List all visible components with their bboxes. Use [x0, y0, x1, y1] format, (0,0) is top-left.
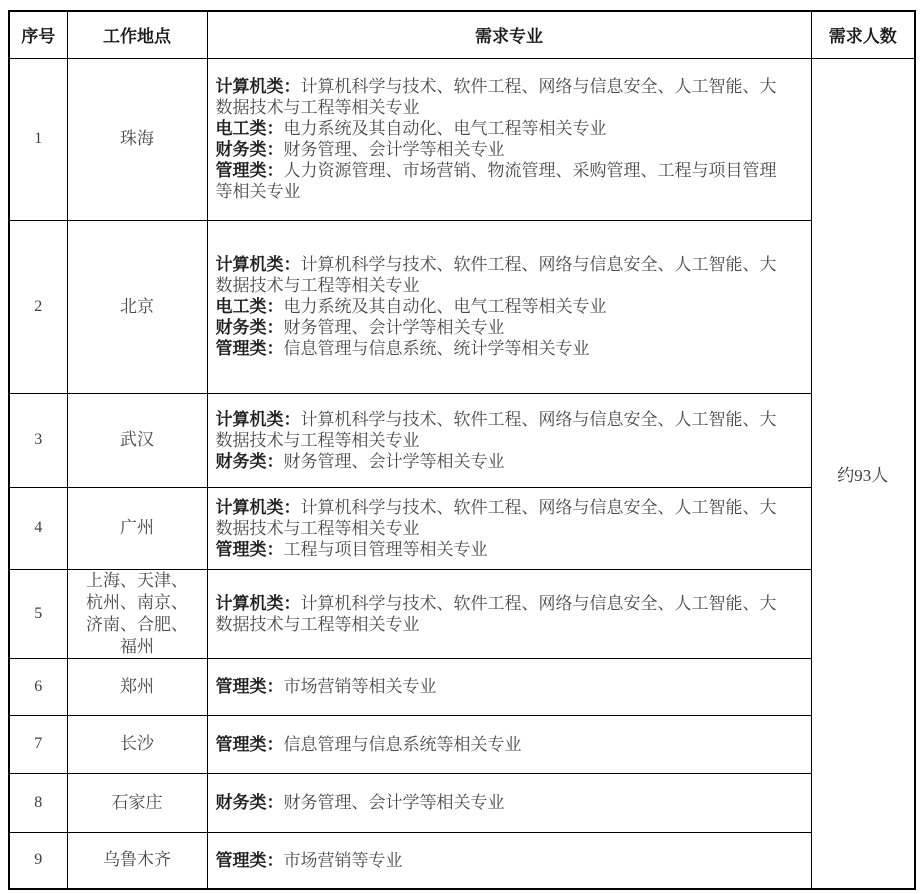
row-number-cell: 5: [9, 569, 67, 658]
row-number-cell: 3: [9, 393, 67, 487]
major-category-label: 管理类：: [216, 735, 284, 754]
location-cell: 郑州: [67, 658, 207, 715]
major-text: 计算机科学与技术、软件工程、网络与信息安全、人工智能、大数据技术与工程等相关专业: [216, 594, 777, 634]
major-text: 财务管理、会计学等相关专业: [284, 140, 505, 159]
table-row: 9乌鲁木齐管理类：市场营销等专业: [9, 832, 915, 889]
row-number-cell: 1: [9, 58, 67, 220]
location-text: 乌鲁木齐: [82, 849, 192, 871]
location-text: 武汉: [82, 429, 192, 451]
location-text: 长沙: [82, 733, 192, 755]
major-entry: 财务类：财务管理、会计学等相关专业: [216, 451, 786, 472]
major-text: 计算机科学与技术、软件工程、网络与信息安全、人工智能、大数据技术与工程等相关专业: [216, 77, 777, 117]
major-category-label: 财务类：: [216, 318, 284, 337]
major-entry: 计算机类：计算机科学与技术、软件工程、网络与信息安全、人工智能、大数据技术与工程…: [216, 409, 786, 451]
row-number-cell: 4: [9, 487, 67, 569]
major-entry: 计算机类：计算机科学与技术、软件工程、网络与信息安全、人工智能、大数据技术与工程…: [216, 254, 786, 296]
majors-cell: 管理类：市场营销等相关专业: [207, 658, 811, 715]
major-text: 计算机科学与技术、软件工程、网络与信息安全、人工智能、大数据技术与工程等相关专业: [216, 410, 777, 450]
majors-cell: 计算机类：计算机科学与技术、软件工程、网络与信息安全、人工智能、大数据技术与工程…: [207, 393, 811, 487]
major-entry: 管理类：市场营销等专业: [216, 850, 786, 871]
majors-cell: 财务类：财务管理、会计学等相关专业: [207, 773, 811, 832]
row-number-cell: 2: [9, 220, 67, 393]
major-entry: 管理类：人力资源管理、市场营销、物流管理、采购管理、工程与项目管理等相关专业: [216, 160, 786, 202]
major-entry: 管理类：工程与项目管理等相关专业: [216, 539, 786, 560]
major-category-label: 计算机类：: [216, 255, 301, 274]
major-category-label: 财务类：: [216, 793, 284, 812]
table-row: 3武汉计算机类：计算机科学与技术、软件工程、网络与信息安全、人工智能、大数据技术…: [9, 393, 915, 487]
col-header-headcount: 需求人数: [811, 11, 915, 58]
major-category-label: 管理类：: [216, 339, 284, 358]
major-text: 财务管理、会计学等相关专业: [284, 318, 505, 337]
major-category-label: 管理类：: [216, 851, 284, 870]
location-text: 珠海: [82, 128, 192, 150]
major-category-label: 管理类：: [216, 161, 284, 180]
location-cell: 乌鲁木齐: [67, 832, 207, 889]
location-cell: 上海、天津、杭州、南京、济南、合肥、福州: [67, 569, 207, 658]
major-entry: 管理类：信息管理与信息系统等相关专业: [216, 734, 786, 755]
recruitment-table: 序号 工作地点 需求专业 需求人数 1珠海计算机类：计算机科学与技术、软件工程、…: [8, 10, 916, 890]
major-entry: 财务类：财务管理、会计学等相关专业: [216, 317, 786, 338]
header-row: 序号 工作地点 需求专业 需求人数: [9, 11, 915, 58]
majors-cell: 管理类：信息管理与信息系统等相关专业: [207, 715, 811, 773]
col-header-majors: 需求专业: [207, 11, 811, 58]
majors-cell: 计算机类：计算机科学与技术、软件工程、网络与信息安全、人工智能、大数据技术与工程…: [207, 487, 811, 569]
major-text: 人力资源管理、市场营销、物流管理、采购管理、工程与项目管理等相关专业: [216, 161, 777, 201]
majors-cell: 计算机类：计算机科学与技术、软件工程、网络与信息安全、人工智能、大数据技术与工程…: [207, 58, 811, 220]
table-row: 7长沙管理类：信息管理与信息系统等相关专业: [9, 715, 915, 773]
col-header-location: 工作地点: [67, 11, 207, 58]
location-text: 郑州: [82, 676, 192, 698]
major-category-label: 电工类：: [216, 297, 284, 316]
table-row: 8石家庄财务类：财务管理、会计学等相关专业: [9, 773, 915, 832]
major-category-label: 财务类：: [216, 452, 284, 471]
location-text: 上海、天津、杭州、南京、济南、合肥、福州: [82, 570, 192, 658]
table-row: 2北京计算机类：计算机科学与技术、软件工程、网络与信息安全、人工智能、大数据技术…: [9, 220, 915, 393]
col-header-no: 序号: [9, 11, 67, 58]
row-number-cell: 9: [9, 832, 67, 889]
major-text: 计算机科学与技术、软件工程、网络与信息安全、人工智能、大数据技术与工程等相关专业: [216, 498, 777, 538]
row-number-cell: 6: [9, 658, 67, 715]
majors-cell: 计算机类：计算机科学与技术、软件工程、网络与信息安全、人工智能、大数据技术与工程…: [207, 569, 811, 658]
location-cell: 北京: [67, 220, 207, 393]
major-category-label: 财务类：: [216, 140, 284, 159]
location-cell: 石家庄: [67, 773, 207, 832]
major-category-label: 电工类：: [216, 119, 284, 138]
major-entry: 电工类：电力系统及其自动化、电气工程等相关专业: [216, 118, 786, 139]
major-entry: 财务类：财务管理、会计学等相关专业: [216, 139, 786, 160]
major-category-label: 计算机类：: [216, 77, 301, 96]
major-category-label: 计算机类：: [216, 498, 301, 517]
major-entry: 管理类：信息管理与信息系统、统计学等相关专业: [216, 338, 786, 359]
major-text: 计算机科学与技术、软件工程、网络与信息安全、人工智能、大数据技术与工程等相关专业: [216, 255, 777, 295]
headcount-cell: 约93人: [811, 58, 915, 889]
major-entry: 管理类：市场营销等相关专业: [216, 676, 786, 697]
major-text: 工程与项目管理等相关专业: [284, 540, 488, 559]
major-category-label: 计算机类：: [216, 410, 301, 429]
major-text: 信息管理与信息系统等相关专业: [284, 735, 522, 754]
location-cell: 广州: [67, 487, 207, 569]
major-entry: 计算机类：计算机科学与技术、软件工程、网络与信息安全、人工智能、大数据技术与工程…: [216, 76, 786, 118]
major-category-label: 计算机类：: [216, 594, 301, 613]
row-number-cell: 8: [9, 773, 67, 832]
major-entry: 电工类：电力系统及其自动化、电气工程等相关专业: [216, 296, 786, 317]
major-category-label: 管理类：: [216, 677, 284, 696]
majors-cell: 管理类：市场营销等专业: [207, 832, 811, 889]
location-text: 石家庄: [82, 792, 192, 814]
location-cell: 长沙: [67, 715, 207, 773]
location-text: 北京: [82, 296, 192, 318]
major-text: 电力系统及其自动化、电气工程等相关专业: [284, 119, 607, 138]
location-text: 广州: [82, 517, 192, 539]
major-entry: 财务类：财务管理、会计学等相关专业: [216, 792, 786, 813]
location-cell: 武汉: [67, 393, 207, 487]
major-text: 财务管理、会计学等相关专业: [284, 793, 505, 812]
major-category-label: 管理类：: [216, 540, 284, 559]
table-row: 6郑州管理类：市场营销等相关专业: [9, 658, 915, 715]
major-text: 市场营销等相关专业: [284, 677, 437, 696]
major-entry: 计算机类：计算机科学与技术、软件工程、网络与信息安全、人工智能、大数据技术与工程…: [216, 593, 786, 635]
major-entry: 计算机类：计算机科学与技术、软件工程、网络与信息安全、人工智能、大数据技术与工程…: [216, 497, 786, 539]
major-text: 电力系统及其自动化、电气工程等相关专业: [284, 297, 607, 316]
recruitment-document-page: 序号 工作地点 需求专业 需求人数 1珠海计算机类：计算机科学与技术、软件工程、…: [0, 0, 922, 894]
table-row: 1珠海计算机类：计算机科学与技术、软件工程、网络与信息安全、人工智能、大数据技术…: [9, 58, 915, 220]
major-text: 信息管理与信息系统、统计学等相关专业: [284, 339, 590, 358]
location-cell: 珠海: [67, 58, 207, 220]
major-text: 市场营销等专业: [284, 851, 403, 870]
major-text: 财务管理、会计学等相关专业: [284, 452, 505, 471]
table-row: 4广州计算机类：计算机科学与技术、软件工程、网络与信息安全、人工智能、大数据技术…: [9, 487, 915, 569]
table-row: 5上海、天津、杭州、南京、济南、合肥、福州计算机类：计算机科学与技术、软件工程、…: [9, 569, 915, 658]
majors-cell: 计算机类：计算机科学与技术、软件工程、网络与信息安全、人工智能、大数据技术与工程…: [207, 220, 811, 393]
row-number-cell: 7: [9, 715, 67, 773]
